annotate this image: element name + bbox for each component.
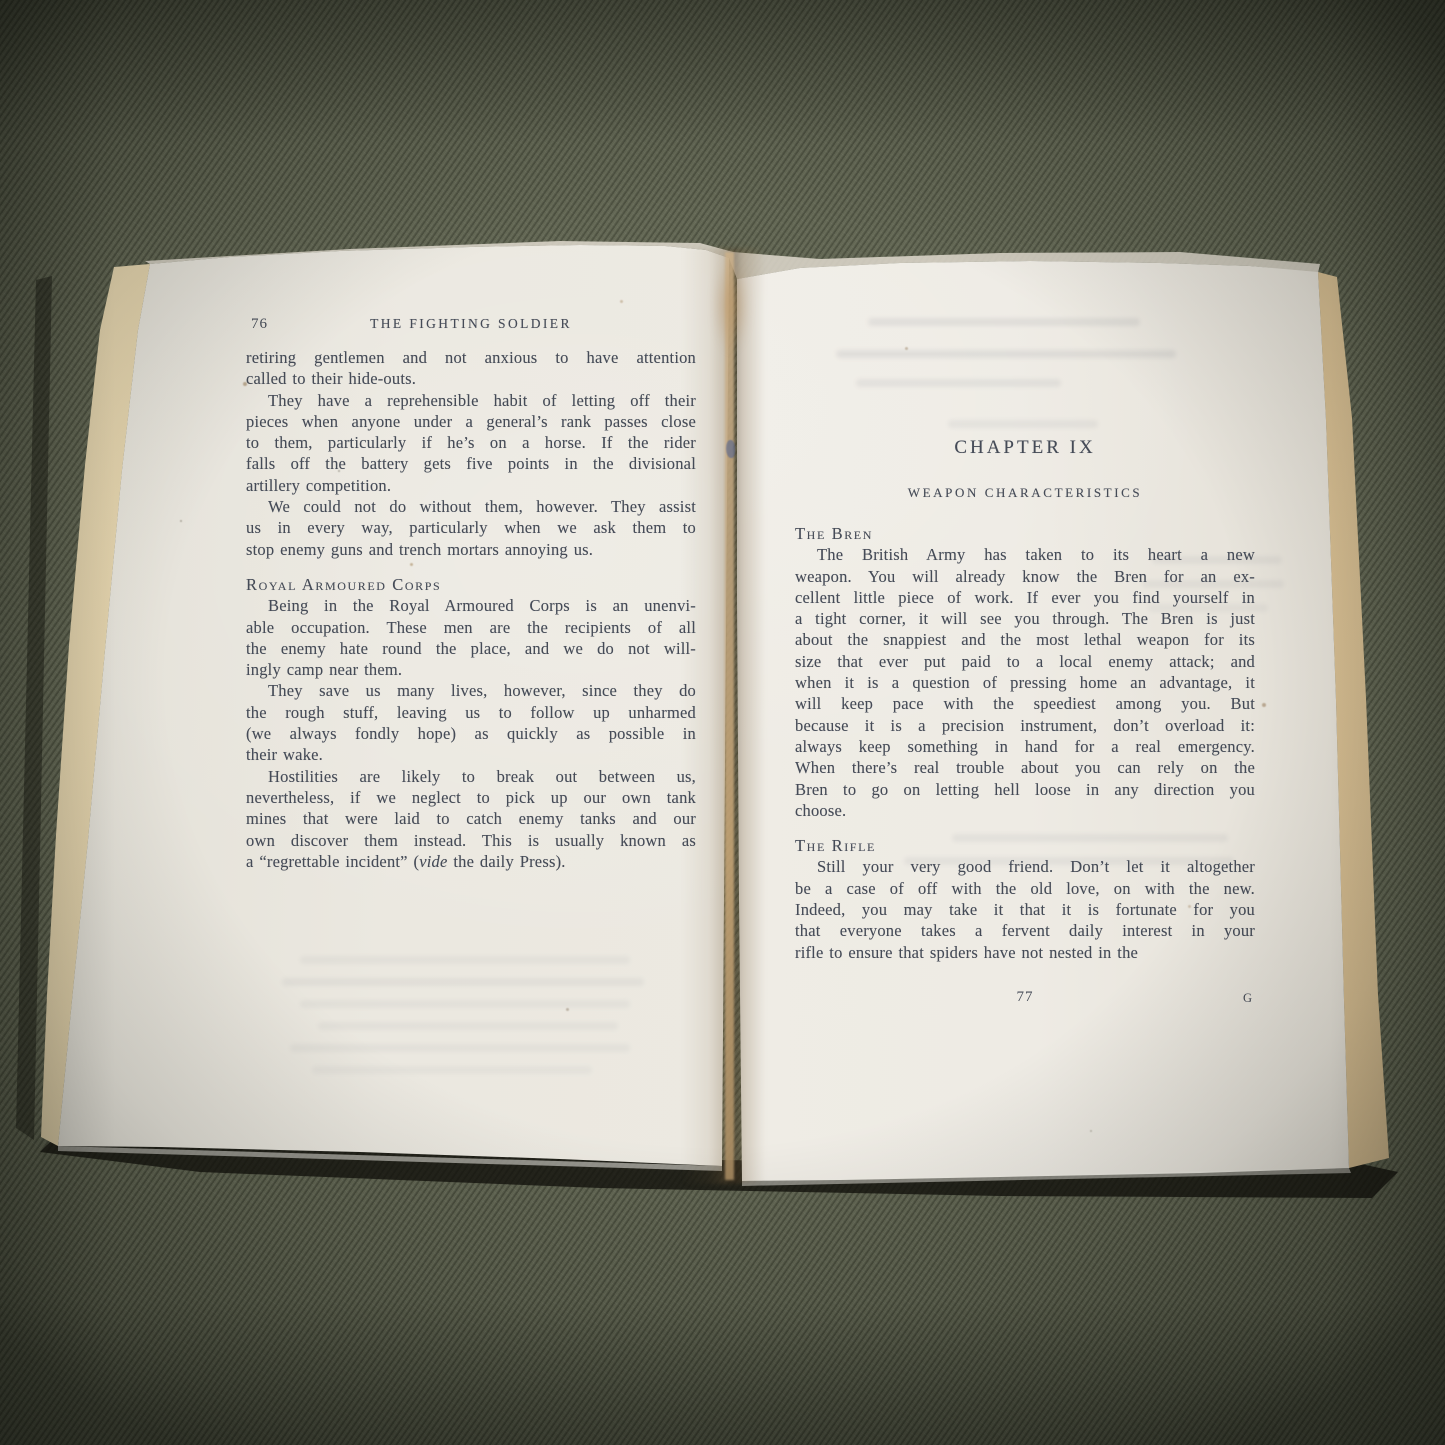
right-page-text: CHAPTER IX WEAPON CHARACTERISTICS The Br…: [795, 437, 1255, 1005]
chapter-subheading: WEAPON CHARACTERISTICS: [795, 485, 1255, 501]
section-heading: Royal Armoured Corps: [246, 574, 696, 595]
text-line: mines that were laid to catch enemy tank…: [246, 808, 696, 829]
text-line: their wake.: [246, 744, 696, 765]
text-line: We could not do without them, however. T…: [246, 496, 696, 517]
text-line: choose.: [795, 800, 1255, 821]
show-through-ghost-line: [836, 350, 1176, 358]
show-through-ghost-line: [282, 978, 644, 986]
text-line: (we always fondly hope) as quickly as po…: [246, 723, 696, 744]
foxing-speck: [243, 382, 247, 386]
book-gutter: [725, 252, 734, 1180]
text-line: cellent little piece of work. If ever yo…: [795, 587, 1255, 608]
left-page-text: 76 THE FIGHTING SOLDIER retiring gentlem…: [246, 316, 696, 872]
foxing-speck: [1090, 1130, 1092, 1132]
text-line: able occupation. These men are the recip…: [246, 617, 696, 638]
show-through-ghost-line: [312, 1066, 592, 1074]
text-line: Indeed, you may take it that it is fortu…: [795, 899, 1255, 920]
text-line: They save us many lives, however, since …: [246, 680, 696, 701]
text-line: a “regrettable incident” (vide the daily…: [246, 851, 696, 872]
text-line: us in every way, particularly when we as…: [246, 517, 696, 538]
text-line: weapon. You will already know the Bren f…: [795, 566, 1255, 587]
text-line: nevertheless, if we neglect to pick up o…: [246, 787, 696, 808]
text-line: rifle to ensure that spiders have not ne…: [795, 942, 1255, 963]
text-line: to them, particularly if he’s on a horse…: [246, 432, 696, 453]
printer-signature-mark: G: [1243, 991, 1253, 1006]
text-line: when it is a question of pressing home a…: [795, 672, 1255, 693]
book-gutter-shadow: [682, 248, 786, 1184]
running-title: THE FIGHTING SOLDIER: [246, 316, 696, 332]
ink-mark: [726, 440, 735, 458]
text-line: artillery competition.: [246, 475, 696, 496]
show-through-ghost-line: [300, 1000, 630, 1008]
foxing-speck: [338, 470, 340, 472]
foxing-speck: [620, 300, 623, 303]
text-line: called to their hide-outs.: [246, 368, 696, 389]
text-line: a tight corner, it will see you through.…: [795, 608, 1255, 629]
text-line: own discover them instead. This is usual…: [246, 830, 696, 851]
text-line: pieces when anyone under a general’s ran…: [246, 411, 696, 432]
text-line: stop enemy guns and trench mortars annoy…: [246, 539, 696, 560]
text-line: Being in the Royal Armoured Corps is an …: [246, 595, 696, 616]
text-line: always keep something in hand for a real…: [795, 736, 1255, 757]
left-page-header: 76 THE FIGHTING SOLDIER: [246, 316, 696, 334]
show-through-ghost-line: [856, 379, 1061, 387]
page-number-right: 77: [795, 989, 1255, 1006]
gutter-stain: [712, 258, 750, 354]
text-line: be a case of off with the old love, on w…: [795, 878, 1255, 899]
text-line: Bren to go on letting hell loose in any …: [795, 779, 1255, 800]
text-line: They have a reprehensible habit of letti…: [246, 390, 696, 411]
right-page-footer: 77 G: [795, 989, 1255, 1005]
show-through-ghost-line: [948, 420, 1098, 428]
text-line: about the snappiest and the most lethal …: [795, 629, 1255, 650]
text-line: Still your very good friend. Don’t let i…: [795, 856, 1255, 877]
right-page-body: The BrenThe British Army has taken to it…: [795, 523, 1255, 963]
foxing-speck: [566, 1008, 569, 1011]
foxing-speck: [905, 347, 908, 350]
section-heading: The Rifle: [795, 835, 1255, 856]
text-line: that everyone takes a fervent daily inte…: [795, 920, 1255, 941]
show-through-ghost-line: [300, 956, 630, 964]
text-line: size that ever put paid to a local enemy…: [795, 651, 1255, 672]
text-line: retiring gentlemen and not anxious to ha…: [246, 347, 696, 368]
text-line: When there’s real trouble about you can …: [795, 757, 1255, 778]
show-through-ghost-line: [868, 318, 1140, 326]
foxing-speck: [180, 520, 182, 522]
text-line: falls off the battery gets five points i…: [246, 453, 696, 474]
book-photo: 76 THE FIGHTING SOLDIER retiring gentlem…: [0, 0, 1445, 1445]
left-page-body: retiring gentlemen and not anxious to ha…: [246, 347, 696, 872]
text-line: The British Army has taken to its heart …: [795, 544, 1255, 565]
show-through-ghost-line: [318, 1022, 618, 1030]
foxing-speck: [1262, 703, 1266, 707]
text-line: because it is a precision instrument, do…: [795, 715, 1255, 736]
text-line: Hostilities are likely to break out betw…: [246, 766, 696, 787]
text-line: ingly camp near them.: [246, 659, 696, 680]
show-through-ghost-line: [290, 1044, 630, 1052]
section-heading: The Bren: [795, 523, 1255, 544]
text-line: will keep pace with the speediest among …: [795, 693, 1255, 714]
text-line: the enemy hate round the place, and we d…: [246, 638, 696, 659]
text-line: the rough stuff, leaving us to follow up…: [246, 702, 696, 723]
foxing-speck: [1188, 905, 1191, 908]
chapter-heading: CHAPTER IX: [795, 437, 1255, 459]
page-number-left: 76: [251, 316, 268, 333]
foxing-speck: [410, 563, 413, 566]
